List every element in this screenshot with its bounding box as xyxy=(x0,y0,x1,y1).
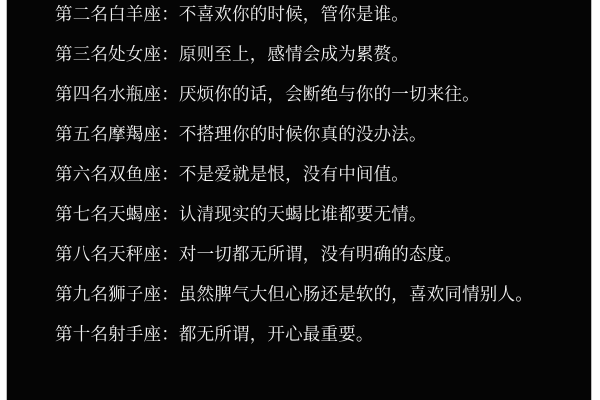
rank-description: 不搭理你的时候你真的没办法。 xyxy=(179,125,535,145)
rank-label: 第二名白羊座： xyxy=(55,5,179,25)
rank-label: 第五名摩羯座： xyxy=(55,125,179,145)
rank-label: 第四名水瓶座： xyxy=(55,85,179,105)
rank-description: 不是爱就是恨，没有中间值。 xyxy=(179,165,535,185)
rank-description: 认清现实的天蝎比谁都要无情。 xyxy=(179,205,535,225)
list-item: 第二名白羊座： 不喜欢你的时候，管你是谁。 xyxy=(55,5,575,25)
rank-label: 第六名双鱼座： xyxy=(55,165,179,185)
cut-off-next-line xyxy=(55,393,555,400)
document-image-frame: 第二名白羊座： 不喜欢你的时候，管你是谁。 第三名处女座： 原则至上，感情会成为… xyxy=(6,0,592,400)
rank-description: 厌烦你的话，会断绝与你的一切来往。 xyxy=(179,85,535,105)
list-item: 第三名处女座： 原则至上，感情会成为累赘。 xyxy=(55,45,575,65)
zodiac-ranking-list: 第二名白羊座： 不喜欢你的时候，管你是谁。 第三名处女座： 原则至上，感情会成为… xyxy=(55,5,575,365)
rank-description: 都无所谓，开心最重要。 xyxy=(179,325,535,345)
list-item: 第五名摩羯座： 不搭理你的时候你真的没办法。 xyxy=(55,125,575,145)
rank-description: 原则至上，感情会成为累赘。 xyxy=(179,45,535,65)
list-item: 第十名射手座： 都无所谓，开心最重要。 xyxy=(55,325,575,345)
list-item: 第四名水瓶座： 厌烦你的话，会断绝与你的一切来往。 xyxy=(55,85,575,105)
rank-description: 虽然脾气大但心肠还是软的，喜欢同情别人。 xyxy=(179,285,535,305)
rank-label: 第三名处女座： xyxy=(55,45,179,65)
rank-label: 第七名天蝎座： xyxy=(55,205,179,225)
rank-label: 第九名狮子座： xyxy=(55,285,179,305)
list-item: 第九名狮子座： 虽然脾气大但心肠还是软的，喜欢同情别人。 xyxy=(55,285,575,305)
list-item: 第七名天蝎座： 认清现实的天蝎比谁都要无情。 xyxy=(55,205,575,225)
list-item: 第六名双鱼座： 不是爱就是恨，没有中间值。 xyxy=(55,165,575,185)
rank-description: 不喜欢你的时候，管你是谁。 xyxy=(179,5,535,25)
rank-label: 第十名射手座： xyxy=(55,325,179,345)
list-item: 第八名天秤座： 对一切都无所谓，没有明确的态度。 xyxy=(55,245,575,265)
rank-description: 对一切都无所谓，没有明确的态度。 xyxy=(179,245,535,265)
rank-label: 第八名天秤座： xyxy=(55,245,179,265)
